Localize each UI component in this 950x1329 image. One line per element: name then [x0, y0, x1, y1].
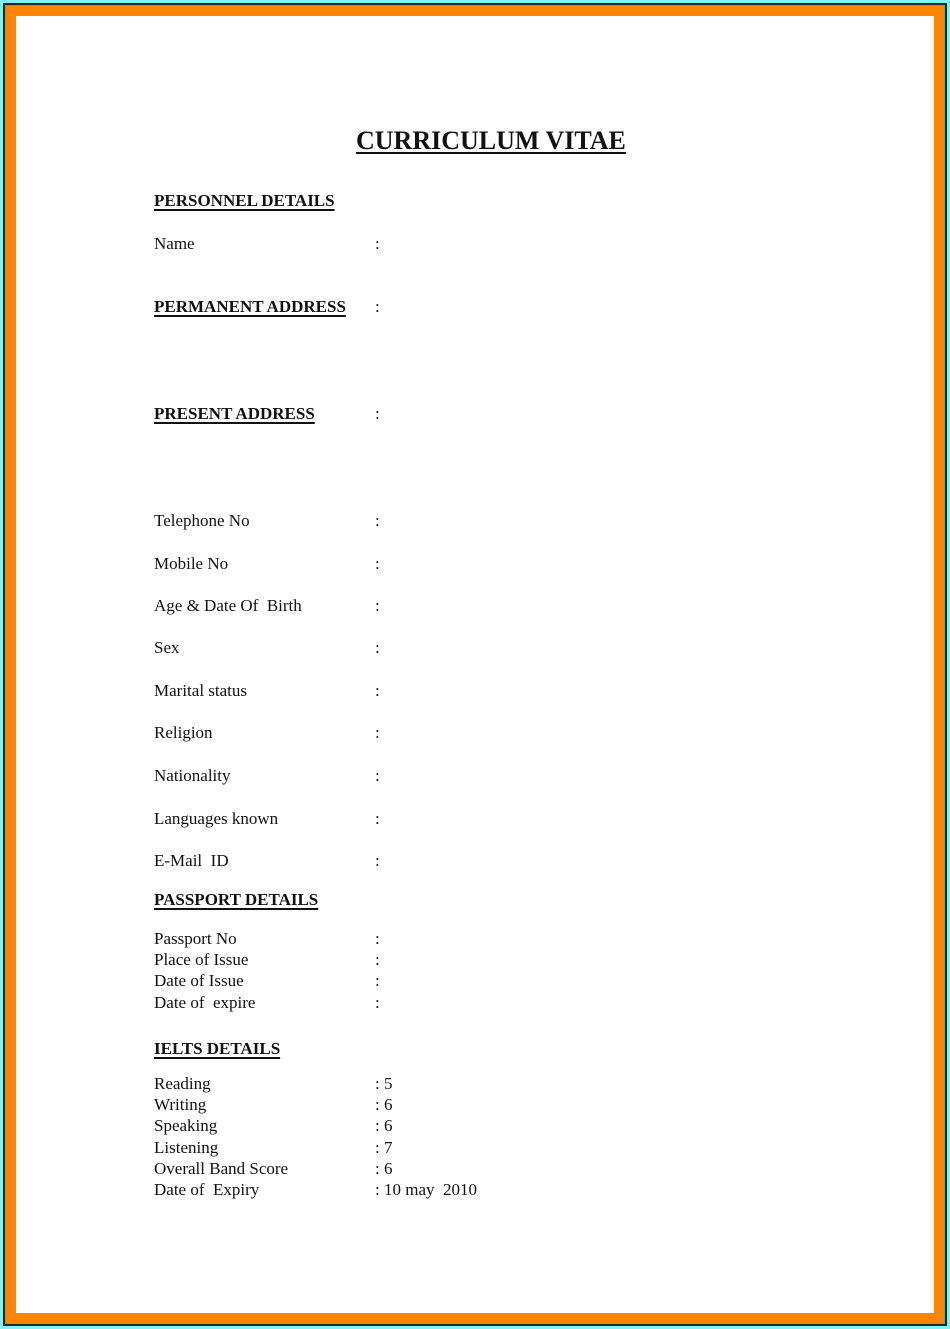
field-value-reading: : 5 [375, 1074, 392, 1094]
field-label-overall-band: Overall Band Score [154, 1159, 288, 1179]
field-value-email: : [375, 851, 380, 871]
field-value-speaking: : 6 [375, 1116, 392, 1136]
field-value-name: : [375, 234, 380, 254]
field-label-religion: Religion [154, 723, 213, 743]
field-label-place-of-issue: Place of Issue [154, 950, 248, 970]
field-value-place-of-issue: : [375, 950, 380, 970]
field-label-reading: Reading [154, 1074, 211, 1094]
field-label-mobile: Mobile No [154, 554, 228, 574]
field-label-nationality: Nationality [154, 766, 230, 786]
field-label-languages: Languages known [154, 809, 278, 829]
field-label-email: E-Mail ID [154, 851, 229, 871]
field-label-writing: Writing [154, 1095, 206, 1115]
field-label-name: Name [154, 234, 195, 254]
field-value-telephone: : [375, 511, 380, 531]
heading-passport-details: PASSPORT DETAILS [154, 890, 318, 910]
document-title: CURRICULUM VITAE [356, 126, 626, 156]
field-value-overall-band: : 6 [375, 1159, 392, 1179]
field-value-date-of-issue: : [375, 971, 380, 991]
field-label-telephone: Telephone No [154, 511, 250, 531]
field-value-religion: : [375, 723, 380, 743]
field-value-age-dob: : [375, 596, 380, 616]
field-value-passport-no: : [375, 929, 380, 949]
field-label-date-of-expire: Date of expire [154, 993, 255, 1013]
heading-present-address: PRESENT ADDRESS [154, 404, 315, 424]
field-label-date-of-issue: Date of Issue [154, 971, 244, 991]
field-label-age-dob: Age & Date Of Birth [154, 596, 302, 616]
field-value-listening: : 7 [375, 1138, 392, 1158]
field-value-languages: : [375, 809, 380, 829]
field-value-date-of-expire: : [375, 993, 380, 1013]
field-label-sex: Sex [154, 638, 180, 658]
field-value-nationality: : [375, 766, 380, 786]
field-value-mobile: : [375, 554, 380, 574]
field-value-writing: : 6 [375, 1095, 392, 1115]
field-label-passport-no: Passport No [154, 929, 237, 949]
heading-permanent-address: PERMANENT ADDRESS [154, 297, 346, 317]
field-value-present-address: : [375, 404, 380, 424]
field-value-permanent-address: : [375, 297, 380, 317]
field-label-marital-status: Marital status [154, 681, 247, 701]
field-label-listening: Listening [154, 1138, 218, 1158]
field-value-date-of-expiry: : 10 may 2010 [375, 1180, 477, 1200]
field-label-speaking: Speaking [154, 1116, 217, 1136]
field-label-date-of-expiry: Date of Expiry [154, 1180, 259, 1200]
heading-ielts-details: IELTS DETAILS [154, 1039, 280, 1059]
field-value-marital-status: : [375, 681, 380, 701]
field-value-sex: : [375, 638, 380, 658]
heading-personnel-details: PERSONNEL DETAILS [154, 191, 335, 211]
